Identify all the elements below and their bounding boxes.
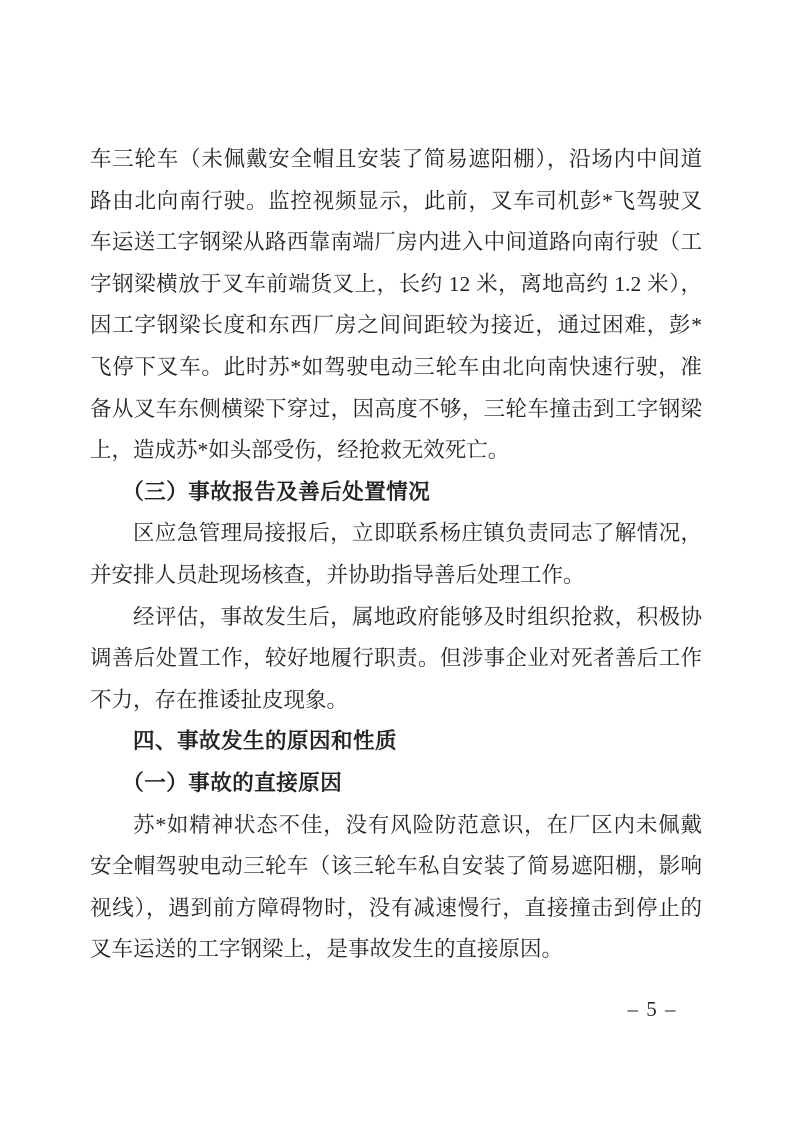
text-line: （一）事故的直接原因 bbox=[90, 763, 702, 805]
heading-direct-cause: （一）事故的直接原因 bbox=[90, 763, 702, 805]
text-line: 不力，存在推诿扯皮现象。 bbox=[90, 680, 702, 722]
document-body: 车三轮车（未佩戴安全帽且安装了简易遮阳棚），沿场内中间道路由北向南行驶。监控视频… bbox=[90, 139, 702, 971]
text-line: 路由北向南行驶。监控视频显示，此前，叉车司机彭*飞驾驶叉 bbox=[90, 181, 702, 223]
text-line: 字钢梁横放于叉车前端货叉上，长约 12 米，离地高约 1.2 米）， bbox=[90, 264, 702, 306]
text-line: 调善后处置工作，较好地履行职责。但涉事企业对死者善后工作 bbox=[90, 638, 702, 680]
paragraph-emergency-bureau-response: 区应急管理局接报后，立即联系杨庄镇负责同志了解情况，并安排人员赴现场核查，并协助… bbox=[90, 513, 702, 596]
text-line: 经评估，事故发生后，属地政府能够及时组织抢救，积极协 bbox=[90, 597, 702, 639]
text-line: 叉车运送的工字钢梁上，是事故发生的直接原因。 bbox=[90, 929, 702, 971]
document-page: 车三轮车（未佩戴安全帽且安装了简易遮阳棚），沿场内中间道路由北向南行驶。监控视频… bbox=[0, 0, 793, 1122]
text-line: 因工字钢梁长度和东西厂房之间间距较为接近，通过困难，彭* bbox=[90, 305, 702, 347]
paragraph-accident-course-continuation: 车三轮车（未佩戴安全帽且安装了简易遮阳棚），沿场内中间道路由北向南行驶。监控视频… bbox=[90, 139, 702, 472]
text-line: 车三轮车（未佩戴安全帽且安装了简易遮阳棚），沿场内中间道 bbox=[90, 139, 702, 181]
text-line: 视线），遇到前方障碍物时，没有减速慢行，直接撞击到停止的 bbox=[90, 888, 702, 930]
text-line: 苏*如精神状态不佳，没有风险防范意识，在厂区内未佩戴 bbox=[90, 805, 702, 847]
text-line: 并安排人员赴现场核查，并协助指导善后处理工作。 bbox=[90, 555, 702, 597]
heading-section-four-causes-and-nature: 四、事故发生的原因和性质 bbox=[90, 721, 702, 763]
heading-report-and-aftermath: （三）事故报告及善后处置情况 bbox=[90, 472, 702, 514]
text-line: 飞停下叉车。此时苏*如驾驶电动三轮车由北向南快速行驶，准 bbox=[90, 347, 702, 389]
text-line: 安全帽驾驶电动三轮车（该三轮车私自安装了简易遮阳棚，影响 bbox=[90, 846, 702, 888]
paragraph-direct-cause-detail: 苏*如精神状态不佳，没有风险防范意识，在厂区内未佩戴安全帽驾驶电动三轮车（该三轮… bbox=[90, 805, 702, 971]
page-number: – 5 – bbox=[0, 997, 793, 1022]
text-line: 上，造成苏*如头部受伤，经抢救无效死亡。 bbox=[90, 430, 702, 472]
text-line: 备从叉车东侧横梁下穿过，因高度不够，三轮车撞击到工字钢梁 bbox=[90, 389, 702, 431]
text-line: 区应急管理局接报后，立即联系杨庄镇负责同志了解情况， bbox=[90, 513, 702, 555]
text-line: 四、事故发生的原因和性质 bbox=[90, 721, 702, 763]
paragraph-aftermath-evaluation: 经评估，事故发生后，属地政府能够及时组织抢救，积极协调善后处置工作，较好地履行职… bbox=[90, 597, 702, 722]
text-line: 车运送工字钢梁从路西靠南端厂房内进入中间道路向南行驶（工 bbox=[90, 222, 702, 264]
text-line: （三）事故报告及善后处置情况 bbox=[90, 472, 702, 514]
